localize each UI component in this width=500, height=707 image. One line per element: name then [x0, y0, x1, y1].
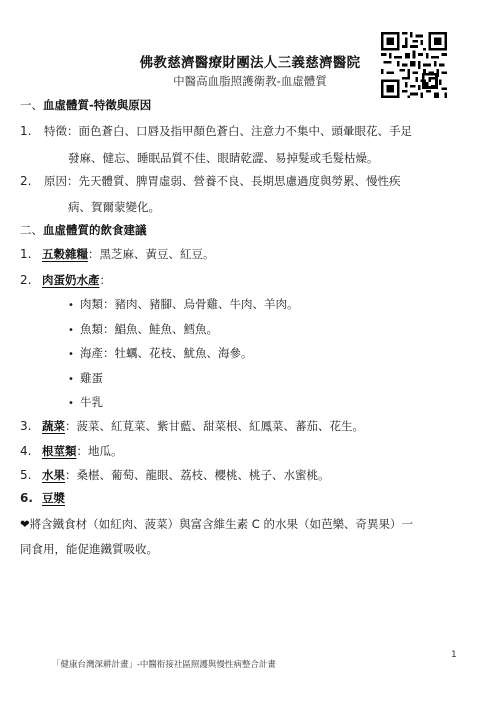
sub-bullet-meat: •肉類：豬肉、豬腳、烏骨雞、牛肉、羊肉。: [68, 296, 299, 312]
footer-text: 「健康台灣深耕計畫」-中醫衔接社區照護與慢性病整合計畫: [52, 658, 276, 670]
heart-icon: ❤: [20, 517, 30, 531]
food-item-grains: 1.五穀雜糧：黑芝麻、黃豆、紅豆。: [20, 246, 215, 262]
qr-code-icon[interactable]: [381, 32, 447, 98]
sub-bullet-milk: •牛乳: [68, 394, 103, 410]
document-page: 佛教慈濟醫療財團法人三義慈濟醫院 中醫高血脂照護衛教-血虛體質: [0, 0, 500, 707]
food-item-fruits: 5.水果：桑椹、葡萄、龍眼、荔枝、櫻桃、桃子、水蜜桃。: [20, 467, 330, 483]
section-2-heading: 二、血虛體質的飲食建議: [20, 222, 147, 238]
food-item-protein: 2.肉蛋奶水產：: [20, 272, 111, 288]
list-item: 2.原因：先天體質、脾胃虛弱、營養不良、長期思慮過度與勞累、慢性疾: [20, 173, 401, 189]
food-item-soymilk: 6.豆漿: [20, 490, 65, 506]
sub-bullet-egg: •雞蛋: [68, 370, 103, 386]
page-number: 1: [451, 650, 457, 660]
section-1-heading: 一、血虛體質-特徵與原因: [20, 97, 151, 113]
list-item: 1.特徵：面色蒼白、口唇及指甲顏色蒼白、注意力不集中、頭暈眼花、手足: [20, 123, 412, 139]
list-item-continuation: 發麻、健忘、睡眠品質不佳、眼睛乾澀、易掉髮或毛髮枯燥。: [68, 150, 379, 166]
food-item-vegetables: 3.蔬菜：菠菜、紅莧菜、紫甘藍、甜菜根、紅鳳菜、蕃茄、花生。: [20, 418, 364, 434]
sub-bullet-seafood: •海產：牡蠣、花枝、魷魚、海參。: [68, 345, 253, 361]
food-item-roots: 4.根莖類：地瓜。: [20, 443, 123, 459]
tip-line-continuation: 同食用，能促進鐵質吸收。: [20, 541, 158, 557]
tip-line: ❤將含鐵食材（如紅肉、菠菜）與富含維生素 C 的水果（如芭樂、奇異果）一: [20, 516, 413, 532]
sub-bullet-fish: •魚類：鯧魚、鮭魚、鱈魚。: [68, 321, 218, 337]
list-item-continuation: 病、賀爾蒙變化。: [68, 199, 160, 215]
